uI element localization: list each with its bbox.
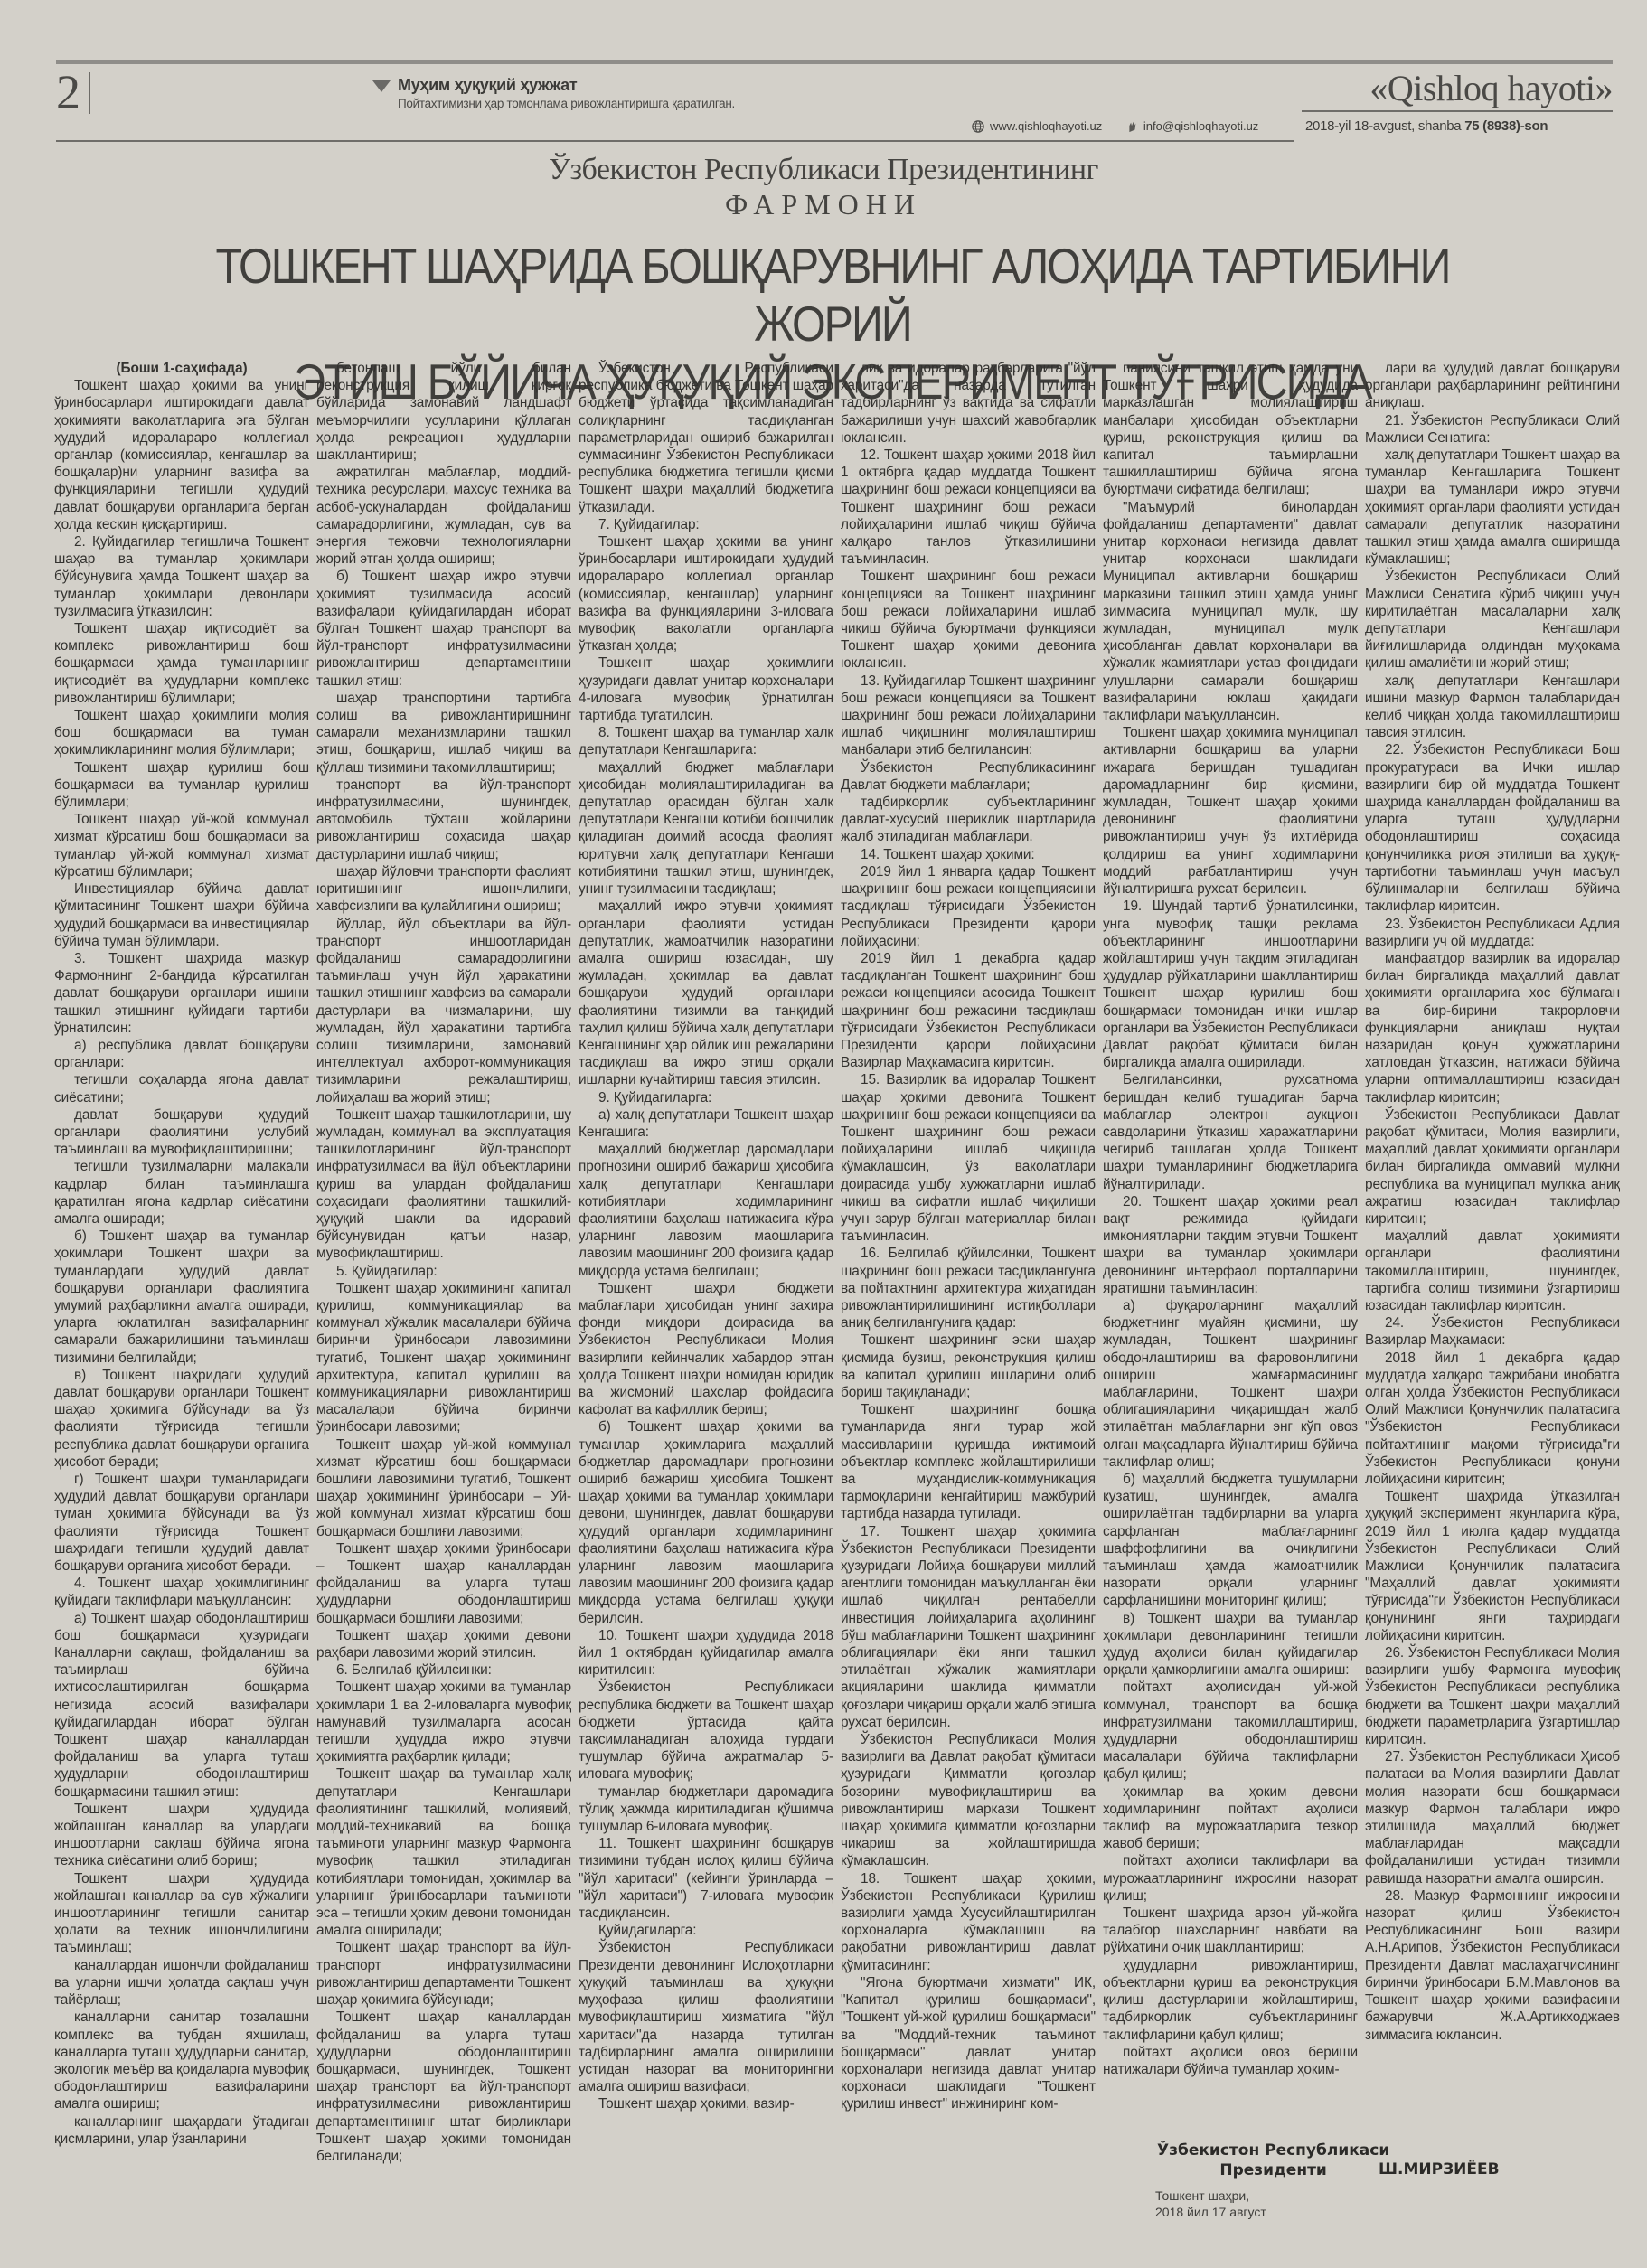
paragraph: пойтахт аҳолисидан уй-жой коммунал, тран… [1103,1679,1358,1783]
paragraph: 3. Тошкент шаҳрида мазкур Фармоннинг 2-б… [54,950,309,1037]
paragraph: Ўзбекистон Республикаси республика бюдже… [579,1679,833,1783]
article-body: (Боши 1-саҳифада)Тошкент шаҳар ҳокими ва… [54,360,1620,2222]
triangle-down-icon [372,80,391,92]
paragraph: 26. Ўзбекистон Республикаси Молия вазирл… [1365,1644,1620,1748]
paragraph: 18. Тошкент шаҳар ҳокими, Ўзбекистон Рес… [841,1870,1096,1974]
paragraph: "Ягона буюртмачи хизмати" ИК, "Капитал қ… [841,1974,1096,2113]
paragraph: Тошкент шаҳри бюджети маблағлари ҳисобид… [579,1280,833,1419]
paragraph: 8. Тошкент шаҳар ва туманлар халқ депута… [579,724,833,758]
paragraph: 14. Тошкент шаҳар ҳокими: [841,846,1096,863]
paragraph: 2019 йил 1 декабрга қадар тасдиқланган Т… [841,950,1096,1071]
paragraph: 2. Қуйидагилар тегишлича Тошкент шаҳар в… [54,533,309,620]
paragraph: маҳаллий давлат ҳокимияти органлари фаол… [1365,1228,1620,1314]
paragraph: а) халқ депутатлари Тошкент шаҳар Кенгаш… [579,1106,833,1141]
paragraph: Тошкент шаҳар ҳокимининг капитал қурилиш… [316,1280,571,1436]
paragraph: 16. Белгилаб қўйилсинки, Тошкент шаҳрини… [841,1245,1096,1332]
paragraph: Ўзбекистон Республикаси республика бюдже… [579,360,833,516]
issue-info: 2018-yil 18-avgust, shanba 75 (8938)-son [1305,118,1548,134]
email-link[interactable]: info@qishloqhayoti.uz [1125,119,1258,133]
paragraph: давлат бошқаруви ҳудудий органлари фаоли… [54,1106,309,1159]
paragraph: маҳаллий бюджетлар даромадлари прогнозин… [579,1141,833,1280]
paragraph: каналларни санитар тозалашни комплекс ва… [54,2009,309,2113]
paragraph: а) республика давлат бошқаруви органлари… [54,1037,309,1071]
paragraph: Тошкент шаҳар ҳокимлиги молия бош бошқар… [54,707,309,759]
paragraph: г) Тошкент шаҳри туманларидаги ҳудудий д… [54,1471,309,1575]
decree-type: ФАРМОНИ [0,188,1647,221]
paragraph: паниясини ташкил этиш ҳамда уни Тошкент … [1103,360,1358,499]
paragraph: 7. Қуйидагилар: [579,516,833,533]
mail-hand-icon [1125,120,1138,133]
paragraph: Тошкент шаҳрининг эски шаҳар қисмида буз… [841,1332,1096,1401]
paragraph: 21. Ўзбекистон Республикаси Олий Мажлиси… [1365,412,1620,447]
paragraph: транспорт ва йўл-транспорт инфратузилмас… [316,776,571,863]
paragraph: 24. Ўзбекистон Республикаси Вазирлар Маҳ… [1365,1314,1620,1349]
signing-place-date: Тошкент шаҳри, 2018 йил 17 август [1155,2188,1266,2220]
paragraph: в) Тошкент шаҳри ва туманлар ҳокимлари д… [1103,1610,1358,1680]
paragraph: Тошкент шаҳар иқтисодиёт ва комплекс рив… [54,620,309,707]
paragraph: тадбиркорлик субъектларининг давлат-хусу… [841,794,1096,846]
paragraph: Ўзбекистон Республикасининг Давлат бюдже… [841,759,1096,794]
paragraph: б) Тошкент шаҳар ҳокими ва туманлар ҳоки… [579,1418,833,1626]
paragraph: б) Тошкент шаҳар ва туманлар ҳокимлари Т… [54,1228,309,1367]
paragraph: Ўзбекистон Республикаси Олий Мажлиси Сен… [1365,568,1620,672]
paragraph: халқ депутатлари Тошкент шаҳар ва туманл… [1365,447,1620,568]
paragraph: Тошкент шаҳар уй-жой коммунал хизмат кўр… [316,1436,571,1540]
paragraph: Тошкент шаҳар ҳокими ўринбосари – Тошкен… [316,1540,571,1627]
paragraph: Тошкент шаҳар ва туманлар халқ депутатла… [316,1765,571,1939]
paragraph: бетонлаш йўли билан реконструкция қилиш,… [316,360,571,464]
paragraph: шаҳар йўловчи транспорти фаолият юритиши… [316,863,571,916]
headline-line-1: ТОШКЕНТ ШАҲРИДА БОШҚАРУВНИНГ АЛОҲИДА ТАР… [147,237,1517,353]
paragraph: Ўзбекистон Республикаси Давлат рақобат қ… [1365,1106,1620,1228]
paragraph: 15. Вазирлик ва идоралар Тошкент шаҳар ҳ… [841,1071,1096,1245]
issue-number: 75 (8938)-son [1464,118,1548,134]
paragraph: б) Тошкент шаҳар ижро этувчи ҳокимият ту… [316,568,571,689]
signatory-title-line-2: Президенти [1157,2160,1389,2180]
paragraph: ҳудудларни ривожлантириш, объектларни қу… [1103,1957,1358,2044]
paragraph: Тошкент шаҳар қурилиш бош бошқармаси ва … [54,759,309,812]
paragraph: йўллар, йўл объектлари ва йўл-транспорт … [316,916,571,1106]
paragraph: маҳаллий бюджет маблағлари ҳисобидан мол… [579,759,833,899]
paragraph: Тошкент шаҳар уй-жой коммунал хизмат кўр… [54,811,309,880]
paragraph: туманлар бюджетлари даромадига тўлиқ ҳаж… [579,1783,833,1836]
paragraph: Тошкент шаҳар ҳокими ва унинг ўринбосарл… [54,377,309,533]
paragraph: 10. Тошкент шаҳри ҳудудида 2018 йил 1 ок… [579,1627,833,1680]
paragraph: Тошкент шаҳар транспорт ва йўл-транспорт… [316,1939,571,2009]
signatory-title-line-1: Ўзбекистон Республикаси [1157,2141,1389,2160]
paragraph: 19. Шундай тартиб ўрнатилсинки, унга мув… [1103,898,1358,1071]
paragraph: халқ депутатлари Кенгашлари ишини мазкур… [1365,673,1620,742]
paragraph: лик ва идоралар раҳбарларига "йўл харита… [841,360,1096,447]
paragraph: 27. Ўзбекистон Республикаси Ҳисоб палата… [1365,1748,1620,1887]
page-number-divider [89,72,90,114]
paragraph: Тошкент шаҳар ҳокимига муниципал активла… [1103,724,1358,898]
paragraph: (Боши 1-саҳифада) [54,360,309,377]
paragraph: манфаатдор вазирлик ва идоралар билан би… [1365,950,1620,1106]
column-3: Ўзбекистон Республикаси республика бюдже… [579,360,833,2222]
paragraph: 20. Тошкент шаҳар ҳокими реал вақт режим… [1103,1193,1358,1297]
column-1: (Боши 1-саҳифада)Тошкент шаҳар ҳокими ва… [54,360,309,2222]
paragraph: Белгилансинки, рухсатнома беришдан келиб… [1103,1071,1358,1192]
paragraph: "Маъмурий бинолардан фойдаланиш департам… [1103,499,1358,725]
page-number: 2 [56,67,80,118]
paragraph: ҳокимлар ва ҳоким девони ходимларининг п… [1103,1783,1358,1853]
decree-heading: Ўзбекистон Республикаси Президентининг Ф… [0,152,1647,221]
paragraph: 12. Тошкент шаҳар ҳокими 2018 йил 1 октя… [841,447,1096,568]
paragraph: каналларнинг шаҳардаги ўтадиган қисмлари… [54,2113,309,2148]
paragraph: 4. Тошкент шаҳар ҳокимлигининг қуйидаги … [54,1575,309,1609]
paragraph: Тошкент шаҳрида ўтказилган ҳуқуқий экспе… [1365,1488,1620,1644]
paragraph: 13. Қуйидагилар Тошкент шаҳрининг бош ре… [841,673,1096,759]
paragraph: Тошкент шаҳар ҳокими ва туманлар ҳокимла… [316,1679,571,1765]
paragraph: 28. Мазкур Фармоннинг ижросини назорат қ… [1365,1887,1620,2044]
website-link[interactable]: www.qishloqhayoti.uz [972,119,1106,133]
paragraph: Тошкент шаҳрида арзон уй-жойга талабгор … [1103,1905,1358,1957]
paragraph: Тошкент шаҳри ҳудудида жойлашган каналла… [54,1801,309,1870]
paragraph: Ўзбекистон Республикаси Президенти девон… [579,1939,833,2095]
paragraph: в) Тошкент шаҳридаги ҳудудий давлат бошқ… [54,1367,309,1471]
paragraph: Тошкент шаҳар ҳокими, вазир- [579,2095,833,2113]
paragraph: Тошкент шаҳар ҳокими ва унинг ўринбосарл… [579,533,833,654]
paragraph: 11. Тошкент шаҳрининг бошқарув тизимини … [579,1835,833,1922]
paragraph: Тошкент шаҳар ҳокимлиги ҳузуридаги давла… [579,654,833,724]
paragraph: шаҳар транспортини тартибга солиш ва рив… [316,690,571,776]
paragraph: Тошкент шаҳри ҳудудида жойлашган каналла… [54,1870,309,1957]
paragraph: Қуйидагиларга: [579,1922,833,1939]
signatory-title: Ўзбекистон Республикаси Президенти [1157,2141,1389,2180]
signatory-name: Ш.МИРЗИЁЕВ [1379,2160,1500,2179]
rubric-subtitle: Пойтахтимизни ҳар томонлама ривожлантири… [398,97,735,110]
paragraph: пойтахт аҳолиси таклифлари ва мурожаатла… [1103,1852,1358,1905]
paragraph: а) Тошкент шаҳар ободонлаштириш бош бошқ… [54,1610,309,1801]
paragraph: Тошкент шаҳар ташкилотларини, шу жумлада… [316,1106,571,1263]
paragraph: 5. Қуйидагилар: [316,1263,571,1280]
paragraph: 2018 йил 1 декабрга қадар муддатда халқа… [1365,1350,1620,1489]
paragraph: а) фуқароларнинг маҳаллий бюджетнинг муа… [1103,1297,1358,1471]
decree-issuer: Ўзбекистон Республикаси Президентининг [0,152,1647,188]
paragraph: Инвестициялар бўйича давлат қўмитасининг… [54,880,309,950]
globe-icon [972,120,984,133]
signing-date: 2018 йил 17 август [1155,2204,1266,2220]
paragraph: тегишли соҳаларда ягона давлат сиёсатини… [54,1071,309,1106]
column-5: паниясини ташкил этиш ҳамда уни Тошкент … [1103,360,1358,2222]
paragraph: ажратилган маблағлар, моддий-техника рес… [316,464,571,568]
website-text: www.qishloqhayoti.uz [990,119,1102,133]
paragraph: Тошкент шаҳар ҳокими девони раҳбари лаво… [316,1627,571,1661]
paragraph: 17. Тошкент шаҳар ҳокимига Ўзбекистон Ре… [841,1523,1096,1731]
paragraph: тегишли тузилмаларни малакали кадрлар би… [54,1158,309,1228]
paragraph: Тошкент шаҳрининг бошқа туманларида янги… [841,1401,1096,1522]
rubric-title: Муҳим ҳуқуқий ҳужжат [398,76,577,94]
signature-block: Ўзбекистон Республикаси Президенти Ш.МИР… [1157,2141,1389,2180]
paragraph: маҳаллий ижро этувчи ҳокимият органлари … [579,898,833,1088]
paragraph: лари ва ҳудудий давлат бошқаруви органла… [1365,360,1620,412]
column-4: лик ва идоралар раҳбарларига "йўл харита… [841,360,1096,2222]
masthead: «Qishloq hayoti» [1369,67,1613,109]
paragraph: 2019 йил 1 январга қадар Тошкент шаҳрини… [841,863,1096,950]
masthead-rule [1302,110,1613,112]
contacts: www.qishloqhayoti.uz info@qishloqhayoti.… [972,119,1278,133]
column-6: лари ва ҳудудий давлат бошқаруви органла… [1365,360,1620,2222]
paragraph: Тошкент шаҳар каналлардан фойдаланиш ва … [316,2009,571,2165]
paragraph: 22. Ўзбекистон Республикаси Бош прокурат… [1365,741,1620,915]
rubric: Муҳим ҳуқуқий ҳужжат Пойтахтимизни ҳар т… [372,76,735,110]
paragraph: 23. Ўзбекистон Республикаси Адлия вазирл… [1365,916,1620,950]
column-2: бетонлаш йўли билан реконструкция қилиш,… [316,360,571,2222]
paragraph: Ўзбекистон Республикаси Молия вазирлиги … [841,1731,1096,1870]
paragraph: 6. Белгилаб қўйилсинки: [316,1661,571,1679]
paragraph: б) маҳаллий бюджетга тушумларни кузатиш,… [1103,1471,1358,1610]
paragraph: каналлардан ишончли фойдаланиш ва уларни… [54,1957,309,2009]
top-rule [56,60,1613,64]
paragraph: Тошкент шаҳрининг бош режаси концепцияси… [841,568,1096,672]
header-bottom-rule [56,140,1294,142]
paragraph: пойтахт аҳолиси овоз бериши натижалари б… [1103,2044,1358,2078]
signing-place: Тошкент шаҳри, [1155,2188,1266,2204]
paragraph: 9. Қуйидагиларга: [579,1089,833,1106]
email-text: info@qishloqhayoti.uz [1143,119,1258,133]
issue-date: 2018-yil 18-avgust, shanba [1305,118,1461,134]
